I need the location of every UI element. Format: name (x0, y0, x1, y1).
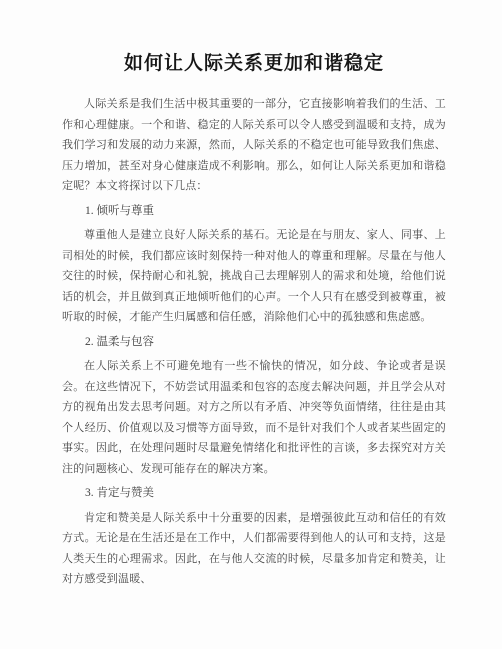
document-title: 如何让人际关系更加和谐稳定 (62, 51, 446, 77)
section-paragraph-2: 在人际关系上不可避免地有一些不愉快的情况，如分歧、争论或者是误会。在这些情况下，… (62, 356, 446, 479)
section-heading-3: 3. 肯定与赞美 (62, 483, 446, 504)
intro-paragraph: 人际关系是我们生活中极其重要的一部分，它直接影响着我们的生活、工作和心理健康。一… (62, 94, 446, 197)
section-heading-1: 1. 倾听与尊重 (62, 201, 446, 222)
section-paragraph-3: 肯定和赞美是人际关系中十分重要的因素，是增强彼此互动和信任的有效方式。无论是在生… (62, 508, 446, 590)
section-paragraph-1: 尊重他人是建立良好人际关系的基石。无论是在与朋友、家人、同事、上司相处的时候，我… (62, 225, 446, 328)
section-heading-2: 2. 温柔与包容 (62, 332, 446, 353)
document-page: 如何让人际关系更加和谐稳定 人际关系是我们生活中极其重要的一部分，它直接影响着我… (0, 0, 502, 649)
